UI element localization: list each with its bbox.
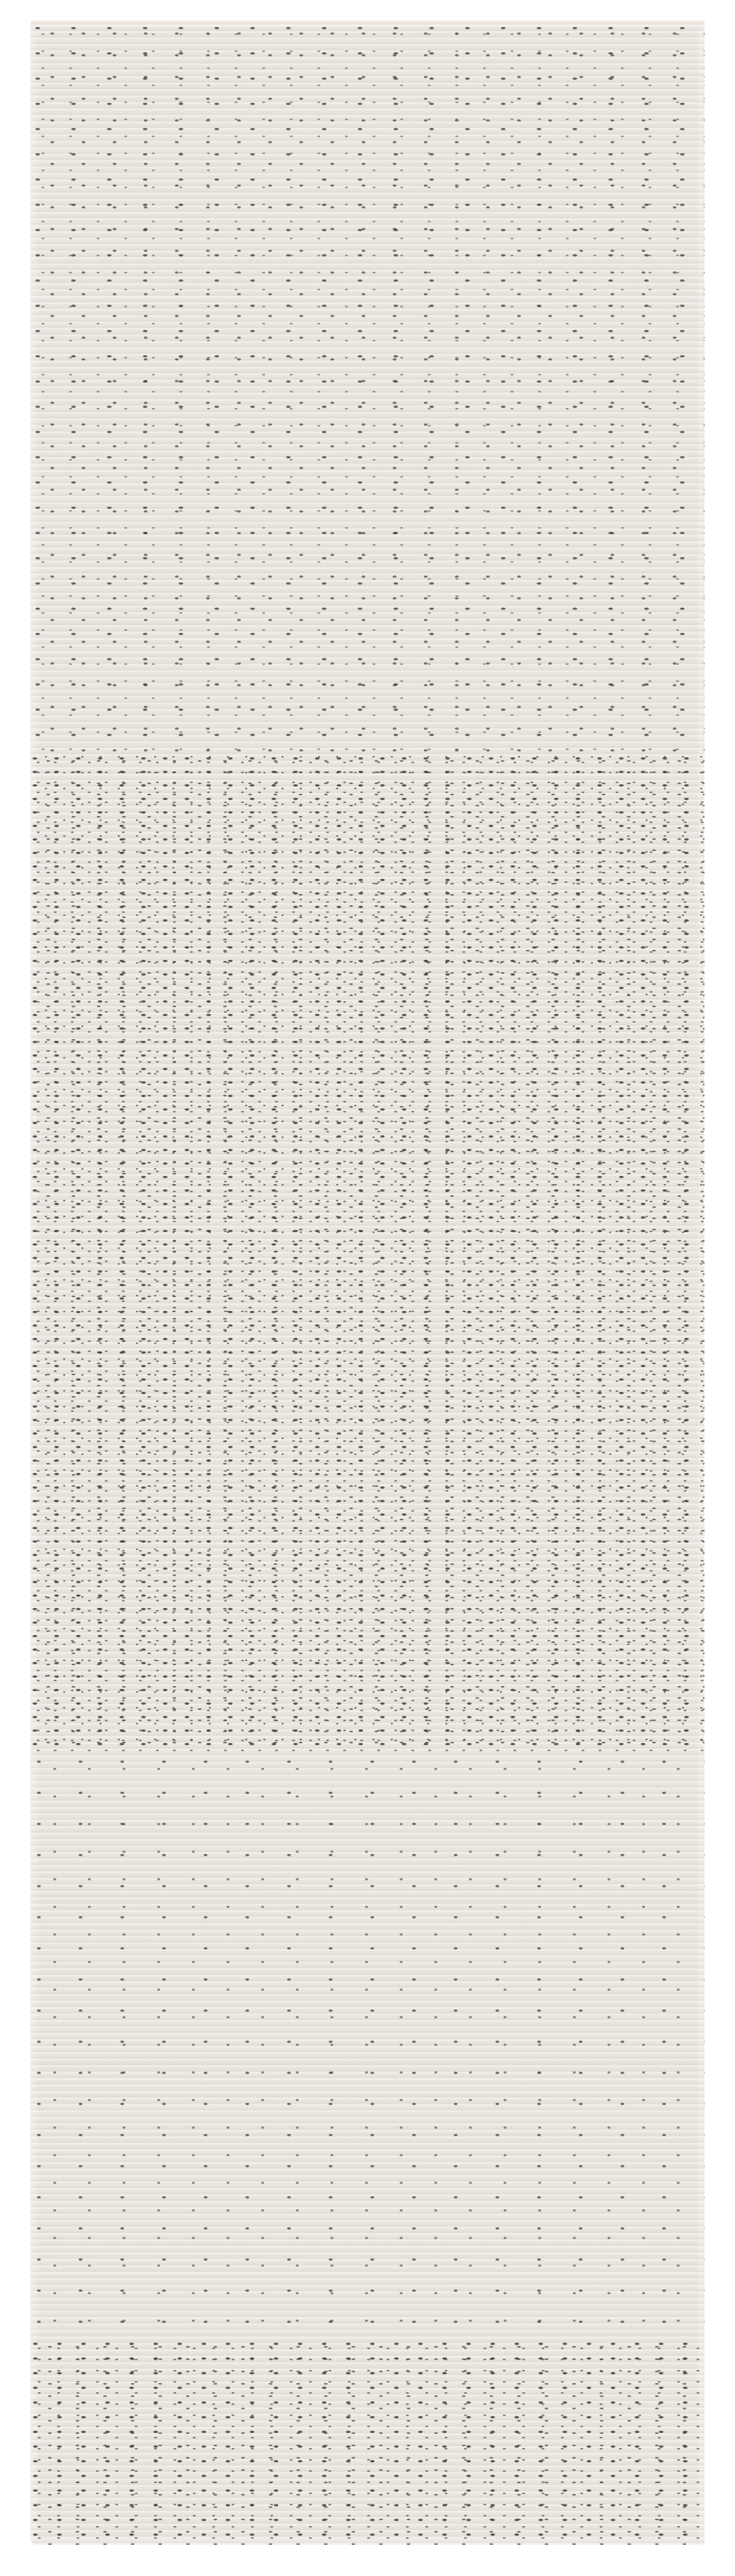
rug-runner: [31, 21, 704, 2545]
speckle-band-bottom: [31, 2339, 704, 2545]
speckle-band-light: [31, 1752, 704, 2339]
speckle-band-top: [31, 21, 704, 754]
speckle-pattern: [31, 21, 704, 2545]
speckle-band-dense: [31, 754, 704, 1752]
